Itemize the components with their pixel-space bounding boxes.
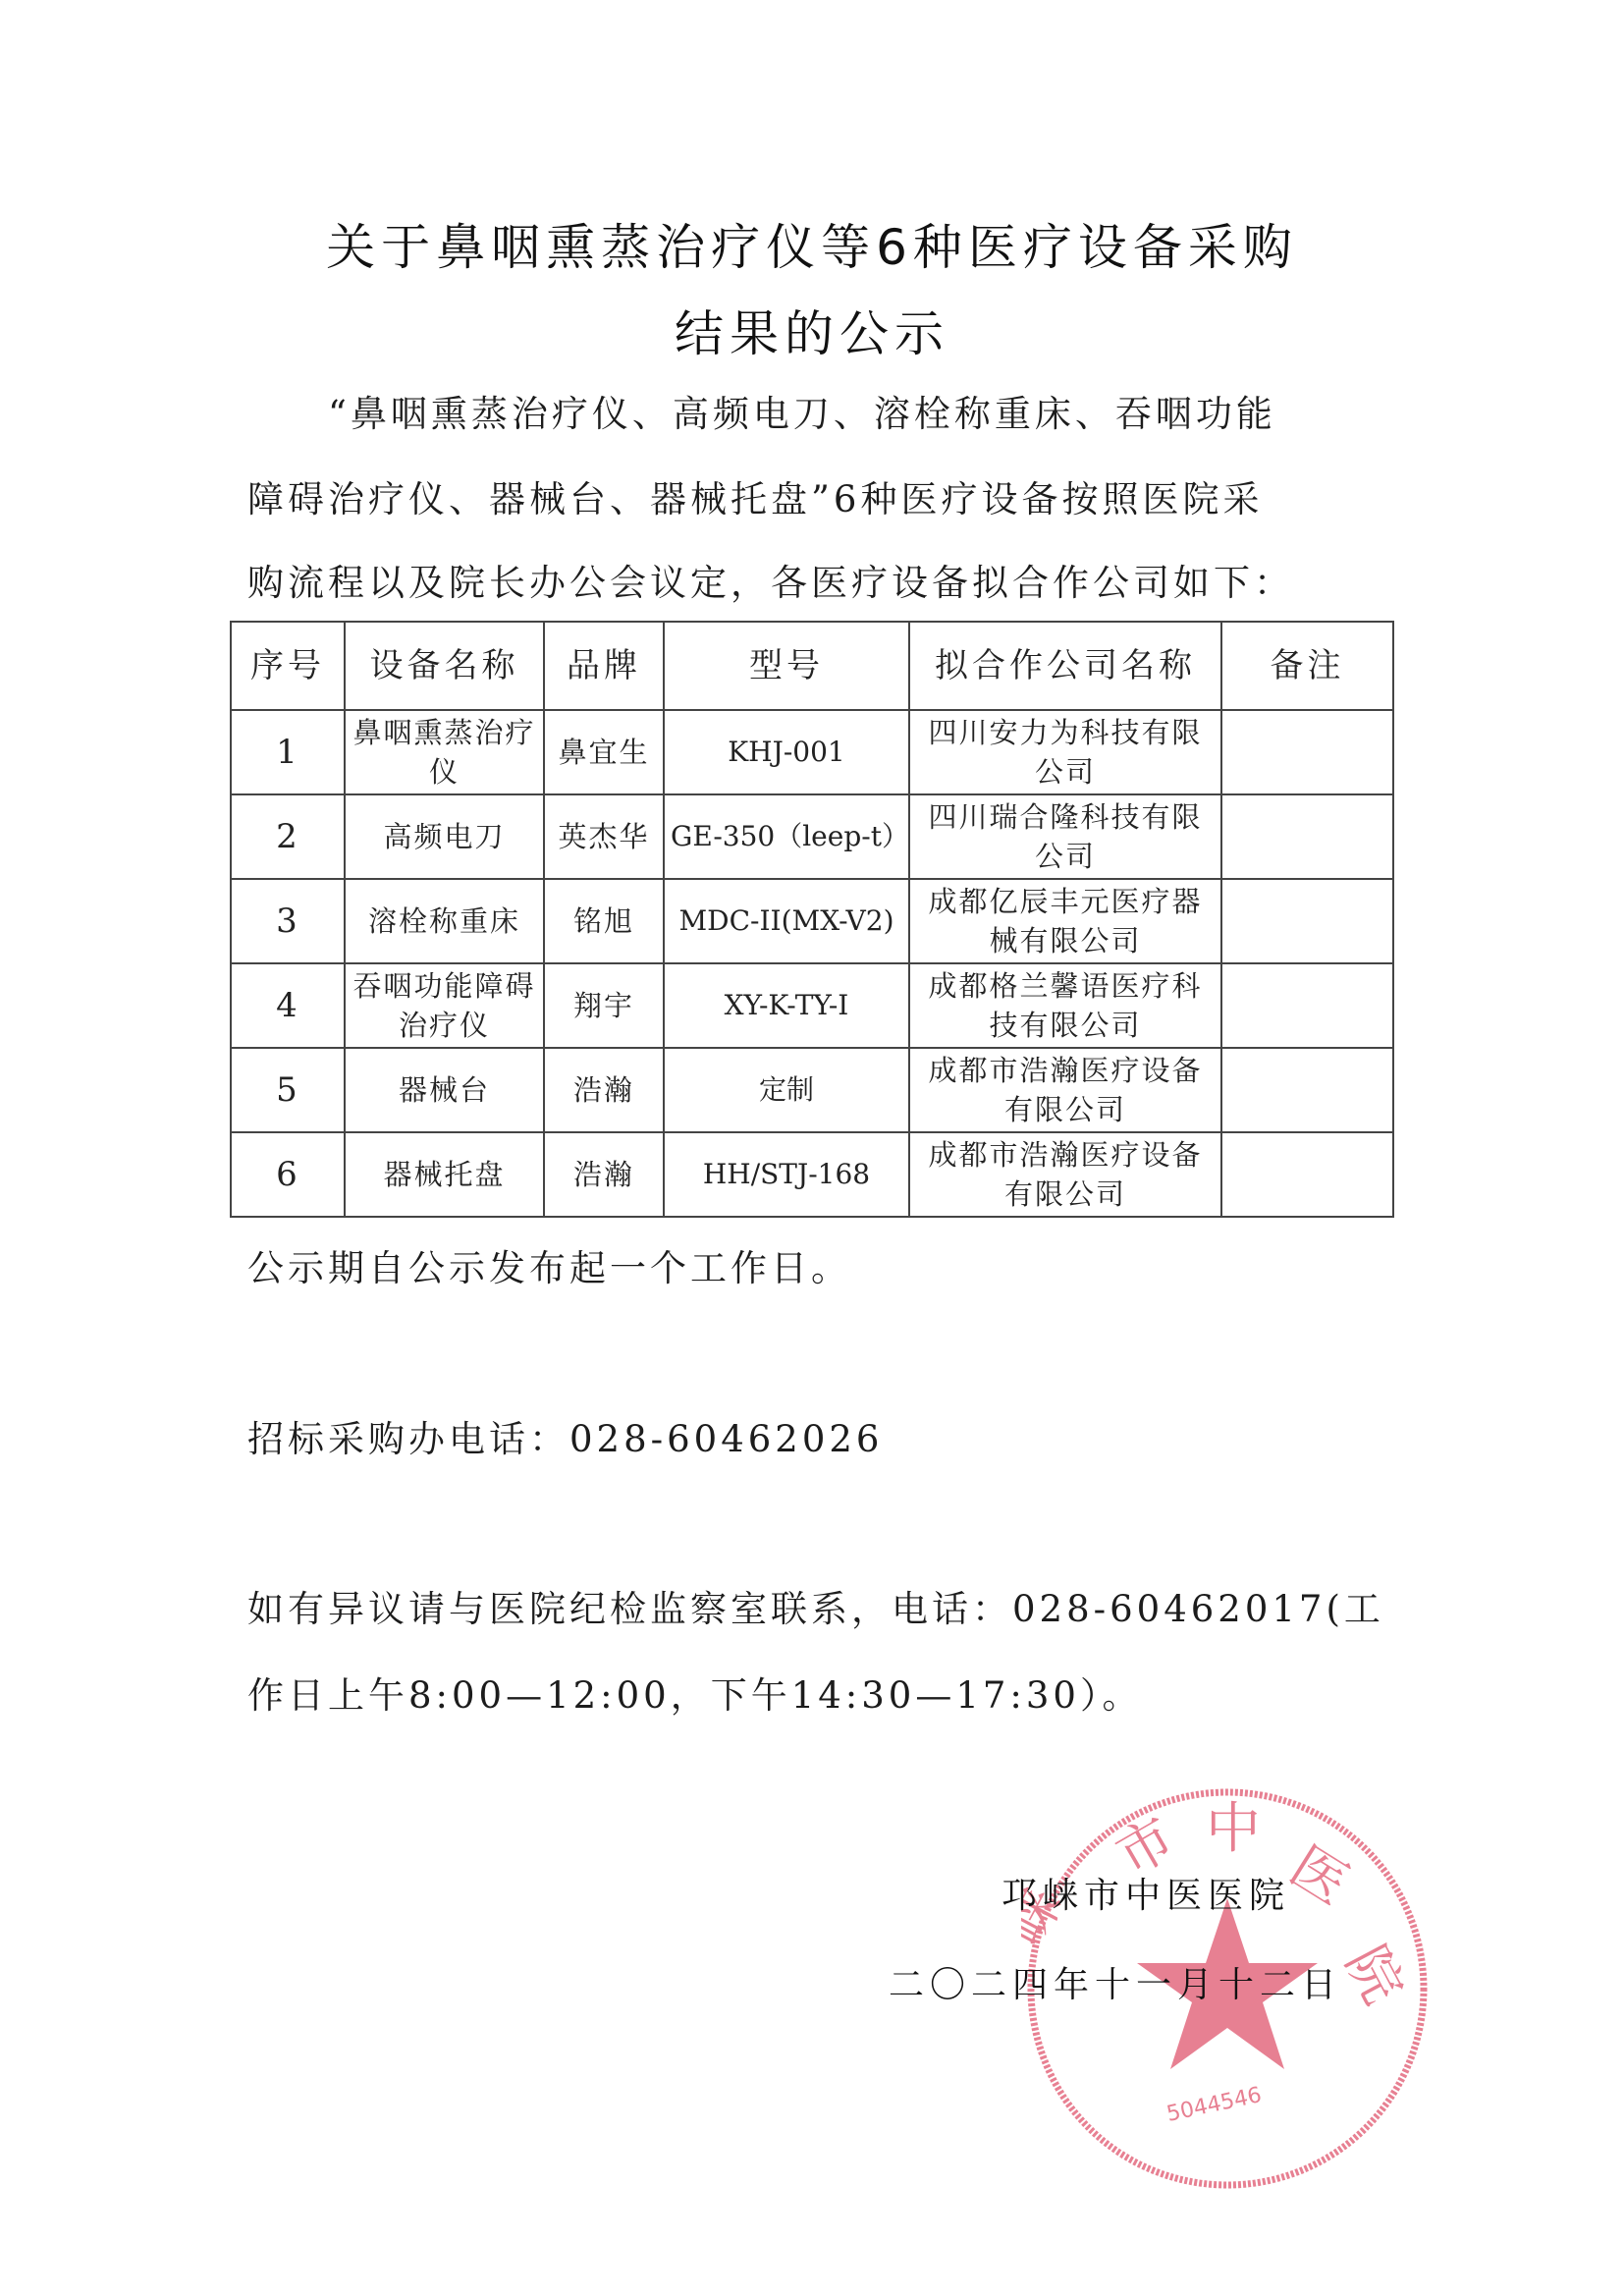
cell-brand: 铭旭 (544, 879, 664, 963)
cell-equipment-name: 鼻咽熏蒸治疗仪 (345, 710, 544, 794)
cell-no: 5 (231, 1048, 345, 1132)
cell-brand: 浩瀚 (544, 1048, 664, 1132)
cell-model: KHJ-001 (664, 710, 909, 794)
svg-text:中: 中 (1206, 1797, 1261, 1861)
cell-company: 成都市浩瀚医疗设备有限公司 (909, 1048, 1221, 1132)
signature-date: 二〇二四年十一月十二日 (889, 1957, 1342, 2007)
cell-note (1221, 879, 1393, 963)
table-row: 4 吞咽功能障碍治疗仪 翔宇 XY-K-TY-I 成都格兰馨语医疗科技有限公司 (231, 963, 1393, 1048)
cell-note (1221, 1132, 1393, 1217)
cell-equipment-name: 溶栓称重床 (345, 879, 544, 963)
header-company: 拟合作公司名称 (909, 622, 1221, 710)
cell-equipment-name: 器械托盘 (345, 1132, 544, 1217)
cell-model: HH/STJ-168 (664, 1132, 909, 1217)
table-header-row: 序号 设备名称 品牌 型号 拟合作公司名称 备注 (231, 622, 1393, 710)
cell-company: 四川瑞合隆科技有限公司 (909, 794, 1221, 879)
cell-equipment-name: 吞咽功能障碍治疗仪 (345, 963, 544, 1048)
header-equipment-name: 设备名称 (345, 622, 544, 710)
cell-note (1221, 963, 1393, 1048)
cell-equipment-name: 高频电刀 (345, 794, 544, 879)
cell-brand: 鼻宜生 (544, 710, 664, 794)
cell-no: 1 (231, 710, 345, 794)
header-model: 型号 (664, 622, 909, 710)
table-row: 3 溶栓称重床 铭旭 MDC-II(MX-V2) 成都亿辰丰元医疗器械有限公司 (231, 879, 1393, 963)
cell-brand: 英杰华 (544, 794, 664, 879)
cell-note (1221, 710, 1393, 794)
objection-line-1: 如有异议请与医院纪检监察室联系，电话：028-60462017(工 (247, 1576, 1396, 1643)
table-row: 6 器械托盘 浩瀚 HH/STJ-168 成都市浩瀚医疗设备有限公司 (231, 1132, 1393, 1217)
table-row: 1 鼻咽熏蒸治疗仪 鼻宜生 KHJ-001 四川安力为科技有限公司 (231, 710, 1393, 794)
cell-model: 定制 (664, 1048, 909, 1132)
intro-line-2: 障碍治疗仪、器械台、器械托盘”6种医疗设备按照医院采 (247, 466, 1396, 533)
intro-line-3: 购流程以及院长办公会议定，各医疗设备拟合作公司如下： (247, 550, 1396, 617)
procurement-table: 序号 设备名称 品牌 型号 拟合作公司名称 备注 1 鼻咽熏蒸治疗仪 鼻宜生 K… (230, 621, 1394, 1218)
cell-equipment-name: 器械台 (345, 1048, 544, 1132)
cell-no: 2 (231, 794, 345, 879)
header-note: 备注 (1221, 622, 1393, 710)
svg-text:院: 院 (1333, 1936, 1416, 2014)
procurement-phone-text: 招标采购办电话：028-60462026 (247, 1406, 1396, 1473)
header-brand: 品牌 (544, 622, 664, 710)
intro-line-1: “鼻咽熏蒸治疗仪、高频电刀、溶栓称重床、吞咽功能 (247, 381, 1396, 448)
cell-company: 四川安力为科技有限公司 (909, 710, 1221, 794)
cell-no: 4 (231, 963, 345, 1048)
signature-organization: 邛崃市中医医院 (1001, 1868, 1290, 1918)
notice-period-text: 公示期自公示发布起一个工作日。 (247, 1235, 1396, 1302)
document-title-line-1: 关于鼻咽熏蒸治疗仪等6种医疗设备采购 (0, 208, 1624, 279)
cell-note (1221, 1048, 1393, 1132)
cell-model: MDC-II(MX-V2) (664, 879, 909, 963)
document-title-line-2: 结果的公示 (0, 295, 1624, 365)
header-no: 序号 (231, 622, 345, 710)
cell-model: XY-K-TY-I (664, 963, 909, 1048)
cell-company: 成都亿辰丰元医疗器械有限公司 (909, 879, 1221, 963)
cell-company: 成都市浩瀚医疗设备有限公司 (909, 1132, 1221, 1217)
cell-company: 成都格兰馨语医疗科技有限公司 (909, 963, 1221, 1048)
cell-note (1221, 794, 1393, 879)
cell-no: 6 (231, 1132, 345, 1217)
objection-line-2: 作日上午8:00—12:00，下午14:30—17:30）。 (247, 1663, 1396, 1729)
table-row: 2 高频电刀 英杰华 GE-350（leep-t） 四川瑞合隆科技有限公司 (231, 794, 1393, 879)
table-row: 5 器械台 浩瀚 定制 成都市浩瀚医疗设备有限公司 (231, 1048, 1393, 1132)
cell-no: 3 (231, 879, 345, 963)
cell-brand: 浩瀚 (544, 1132, 664, 1217)
cell-brand: 翔宇 (544, 963, 664, 1048)
svg-text:5044546: 5044546 (1164, 2083, 1264, 2127)
cell-model: GE-350（leep-t） (664, 794, 909, 879)
svg-text:医: 医 (1279, 1834, 1360, 1918)
